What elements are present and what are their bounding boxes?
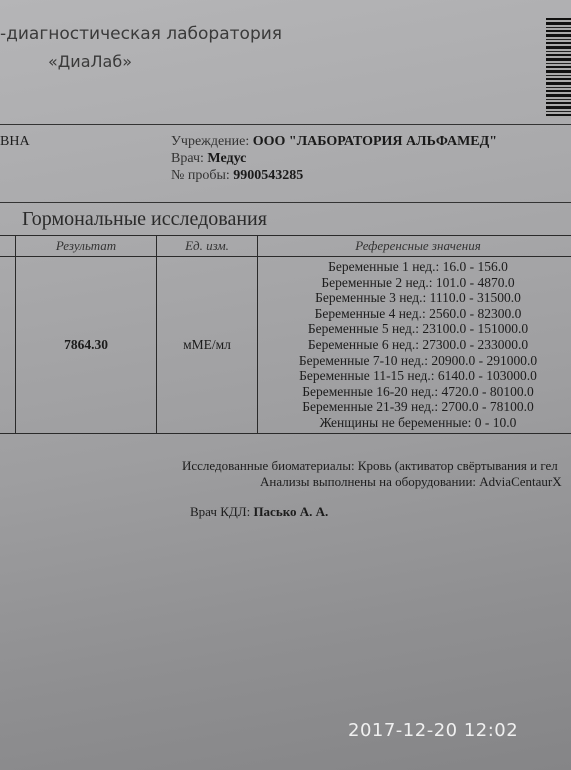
- doctor-label: Врач:: [171, 151, 204, 166]
- reference-item: Беременные 3 нед.: 1110.0 - 31500.0: [258, 290, 571, 306]
- reference-item: Беременные 1 нед.: 16.0 - 156.0: [258, 259, 571, 275]
- reference-item: Беременные 21-39 нед.: 2700.0 - 78100.0: [258, 399, 571, 415]
- test-name-cell: [0, 257, 16, 434]
- institution-value: ООО "ЛАБОРАТОРИЯ АЛЬФАМЕД": [253, 134, 497, 149]
- lab-doctor-value: Пасько А. А.: [253, 504, 328, 519]
- sample-label: № пробы:: [171, 168, 230, 183]
- biomaterial-note: Исследованные биоматериалы: Кровь (актив…: [182, 458, 558, 474]
- results-table: Результат Ед. изм. Референсные значения …: [0, 235, 571, 434]
- reference-item: Женщины не беременные: 0 - 10.0: [258, 415, 571, 431]
- lab-doctor: Врач КДЛ: Пасько А. А.: [190, 504, 328, 520]
- lab-brand: «ДиаЛаб»: [48, 52, 132, 71]
- patient-name: ВНА: [0, 134, 30, 150]
- unit-value: мМЕ/мл: [157, 257, 258, 434]
- institution-label: Учреждение:: [171, 134, 249, 149]
- doctor-line: Врач: Медус: [171, 151, 246, 167]
- reference-item: Беременные 2 нед.: 101.0 - 4870.0: [258, 275, 571, 291]
- lab-doctor-label: Врач КДЛ:: [190, 504, 250, 519]
- sample-value: 9900543285: [233, 168, 303, 183]
- equipment-note: Анализы выполнены на оборудовании: Advia…: [260, 474, 562, 490]
- reference-item: Беременные 11-15 нед.: 6140.0 - 103000.0: [258, 368, 571, 384]
- doctor-value: Медус: [207, 151, 246, 166]
- reference-item: Беременные 6 нед.: 27300.0 - 233000.0: [258, 337, 571, 353]
- reference-item: Беременные 7-10 нед.: 20900.0 - 291000.0: [258, 353, 571, 369]
- reference-item: Беременные 4 нед.: 2560.0 - 82300.0: [258, 306, 571, 322]
- reference-item: Беременные 5 нед.: 23100.0 - 151000.0: [258, 321, 571, 337]
- table-header-row: Результат Ед. изм. Референсные значения: [0, 236, 571, 257]
- header-unit: Ед. изм.: [157, 236, 258, 257]
- lab-name: -диагностическая лаборатория: [0, 24, 282, 44]
- barcode-icon: [546, 18, 571, 118]
- result-value: 7864.30: [16, 257, 157, 434]
- divider: [0, 124, 571, 125]
- header-reference: Референсные значения: [258, 236, 571, 257]
- table-row: 7864.30 мМЕ/мл Беременные 1 нед.: 16.0 -…: [0, 257, 571, 434]
- reference-list: Беременные 1 нед.: 16.0 - 156.0 Беременн…: [258, 257, 571, 434]
- reference-item: Беременные 16-20 нед.: 4720.0 - 80100.0: [258, 384, 571, 400]
- photo-timestamp: 2017-12-20 12:02: [348, 720, 518, 741]
- divider: [0, 202, 571, 203]
- header-result: Результат: [16, 236, 157, 257]
- section-title: Гормональные исследования: [22, 208, 267, 231]
- institution-line: Учреждение: ООО "ЛАБОРАТОРИЯ АЛЬФАМЕД": [171, 134, 497, 150]
- header-test: [0, 236, 16, 257]
- sample-line: № пробы: 9900543285: [171, 168, 303, 184]
